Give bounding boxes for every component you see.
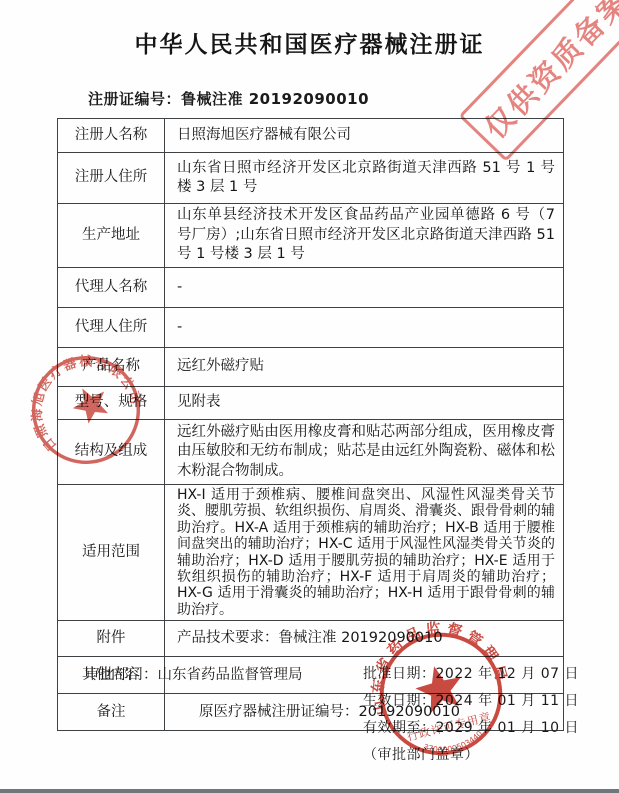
table-row: 生产地址 山东单县经济技术开发区食品药品产业园单德路 6 号（7 号厂房）;山东… [58,204,564,268]
row-label: 代理人住所 [58,308,165,348]
row-label: 注册人名称 [58,119,165,153]
expiry-date-line: 有效期至：2029 年 01 月 10 日 [363,717,579,744]
approval-date-line: 批准日期：2022 年 12 月 07 日 [363,663,579,690]
table-row: 型号、规格 见附表 [58,387,564,420]
row-label: 附件 [58,621,165,657]
cert-number-label: 注册证编号： [88,90,181,108]
table-row: 注册人名称 日照海旭医疗器械有限公司 [58,119,564,153]
table-row: 代理人名称 - [58,268,564,308]
table-row: 注册人住所 山东省日照市经济开发区北京路街道天津西路 51 号 1 号楼 3 层… [58,153,564,204]
effective-date-line: 生效日期：2024 年 01 月 11 日 [363,690,579,717]
approval-date-value: 2022 年 12 月 07 日 [436,666,580,682]
row-label: 型号、规格 [58,387,165,420]
footer-dates: 批准日期：2022 年 12 月 07 日 生效日期：2024 年 01 月 1… [363,663,579,771]
row-label: 生产地址 [58,204,165,268]
approval-date-label: 批准日期： [363,666,436,682]
approval-department-line: 审批部门：山东省药品监督管理局 [85,663,303,684]
row-value: 产品技术要求：鲁械注准 20192090010 [165,621,564,657]
certificate-table: 注册人名称 日照海旭医疗器械有限公司 注册人住所 山东省日照市经济开发区北京路街… [57,118,564,731]
row-value: 日照海旭医疗器械有限公司 [165,119,564,153]
table-row: 结构及组成 远红外磁疗贴由医用橡皮膏和贴芯两部分组成，医用橡皮膏由压敏胶和无纺布… [58,420,564,485]
row-label: 适用范围 [58,485,165,621]
page-title: 中华人民共和国医疗器械注册证 [0,26,619,59]
row-label: 注册人住所 [58,153,165,204]
row-label: 产品名称 [58,348,165,387]
seal-note: （审批部门盖章） [363,744,579,771]
expiry-date-label: 有效期至： [363,720,436,736]
cert-number-value: 鲁械注准 20192090010 [181,90,369,108]
scan-edge [0,789,619,793]
table-row: 产品名称 远红外磁疗贴 [58,348,564,387]
row-value: HX-I 适用于颈椎病、腰椎间盘突出、风湿性风湿类骨关节炎、腰肌劳损、软组织损伤… [165,485,564,621]
row-value: - [165,308,564,348]
table-row: 附件 产品技术要求：鲁械注准 20192090010 [58,621,564,657]
row-label: 备注 [58,694,165,731]
row-value: 远红外磁疗贴 [165,348,564,387]
row-value: 山东省日照市经济开发区北京路街道天津西路 51 号 1 号楼 3 层 1 号 [165,153,564,204]
expiry-date-value: 2029 年 01 月 10 日 [436,720,580,736]
cert-number-line: 注册证编号：鲁械注准 20192090010 [88,88,369,109]
certificate-page: 中华人民共和国医疗器械注册证 注册证编号：鲁械注准 20192090010 注册… [0,0,619,793]
row-value: 远红外磁疗贴由医用橡皮膏和贴芯两部分组成，医用橡皮膏由压敏胶和无纺布制成；贴芯是… [165,420,564,485]
row-value: 见附表 [165,387,564,420]
row-value: - [165,268,564,308]
row-value: 山东单县经济技术开发区食品药品产业园单德路 6 号（7 号厂房）;山东省日照市经… [165,204,564,268]
row-label: 代理人名称 [58,268,165,308]
table-row: 适用范围 HX-I 适用于颈椎病、腰椎间盘突出、风湿性风湿类骨关节炎、腰肌劳损、… [58,485,564,621]
table-row: 代理人住所 - [58,308,564,348]
effective-date-value: 2024 年 01 月 11 日 [436,693,580,709]
row-label: 结构及组成 [58,420,165,485]
effective-date-label: 生效日期： [363,693,436,709]
